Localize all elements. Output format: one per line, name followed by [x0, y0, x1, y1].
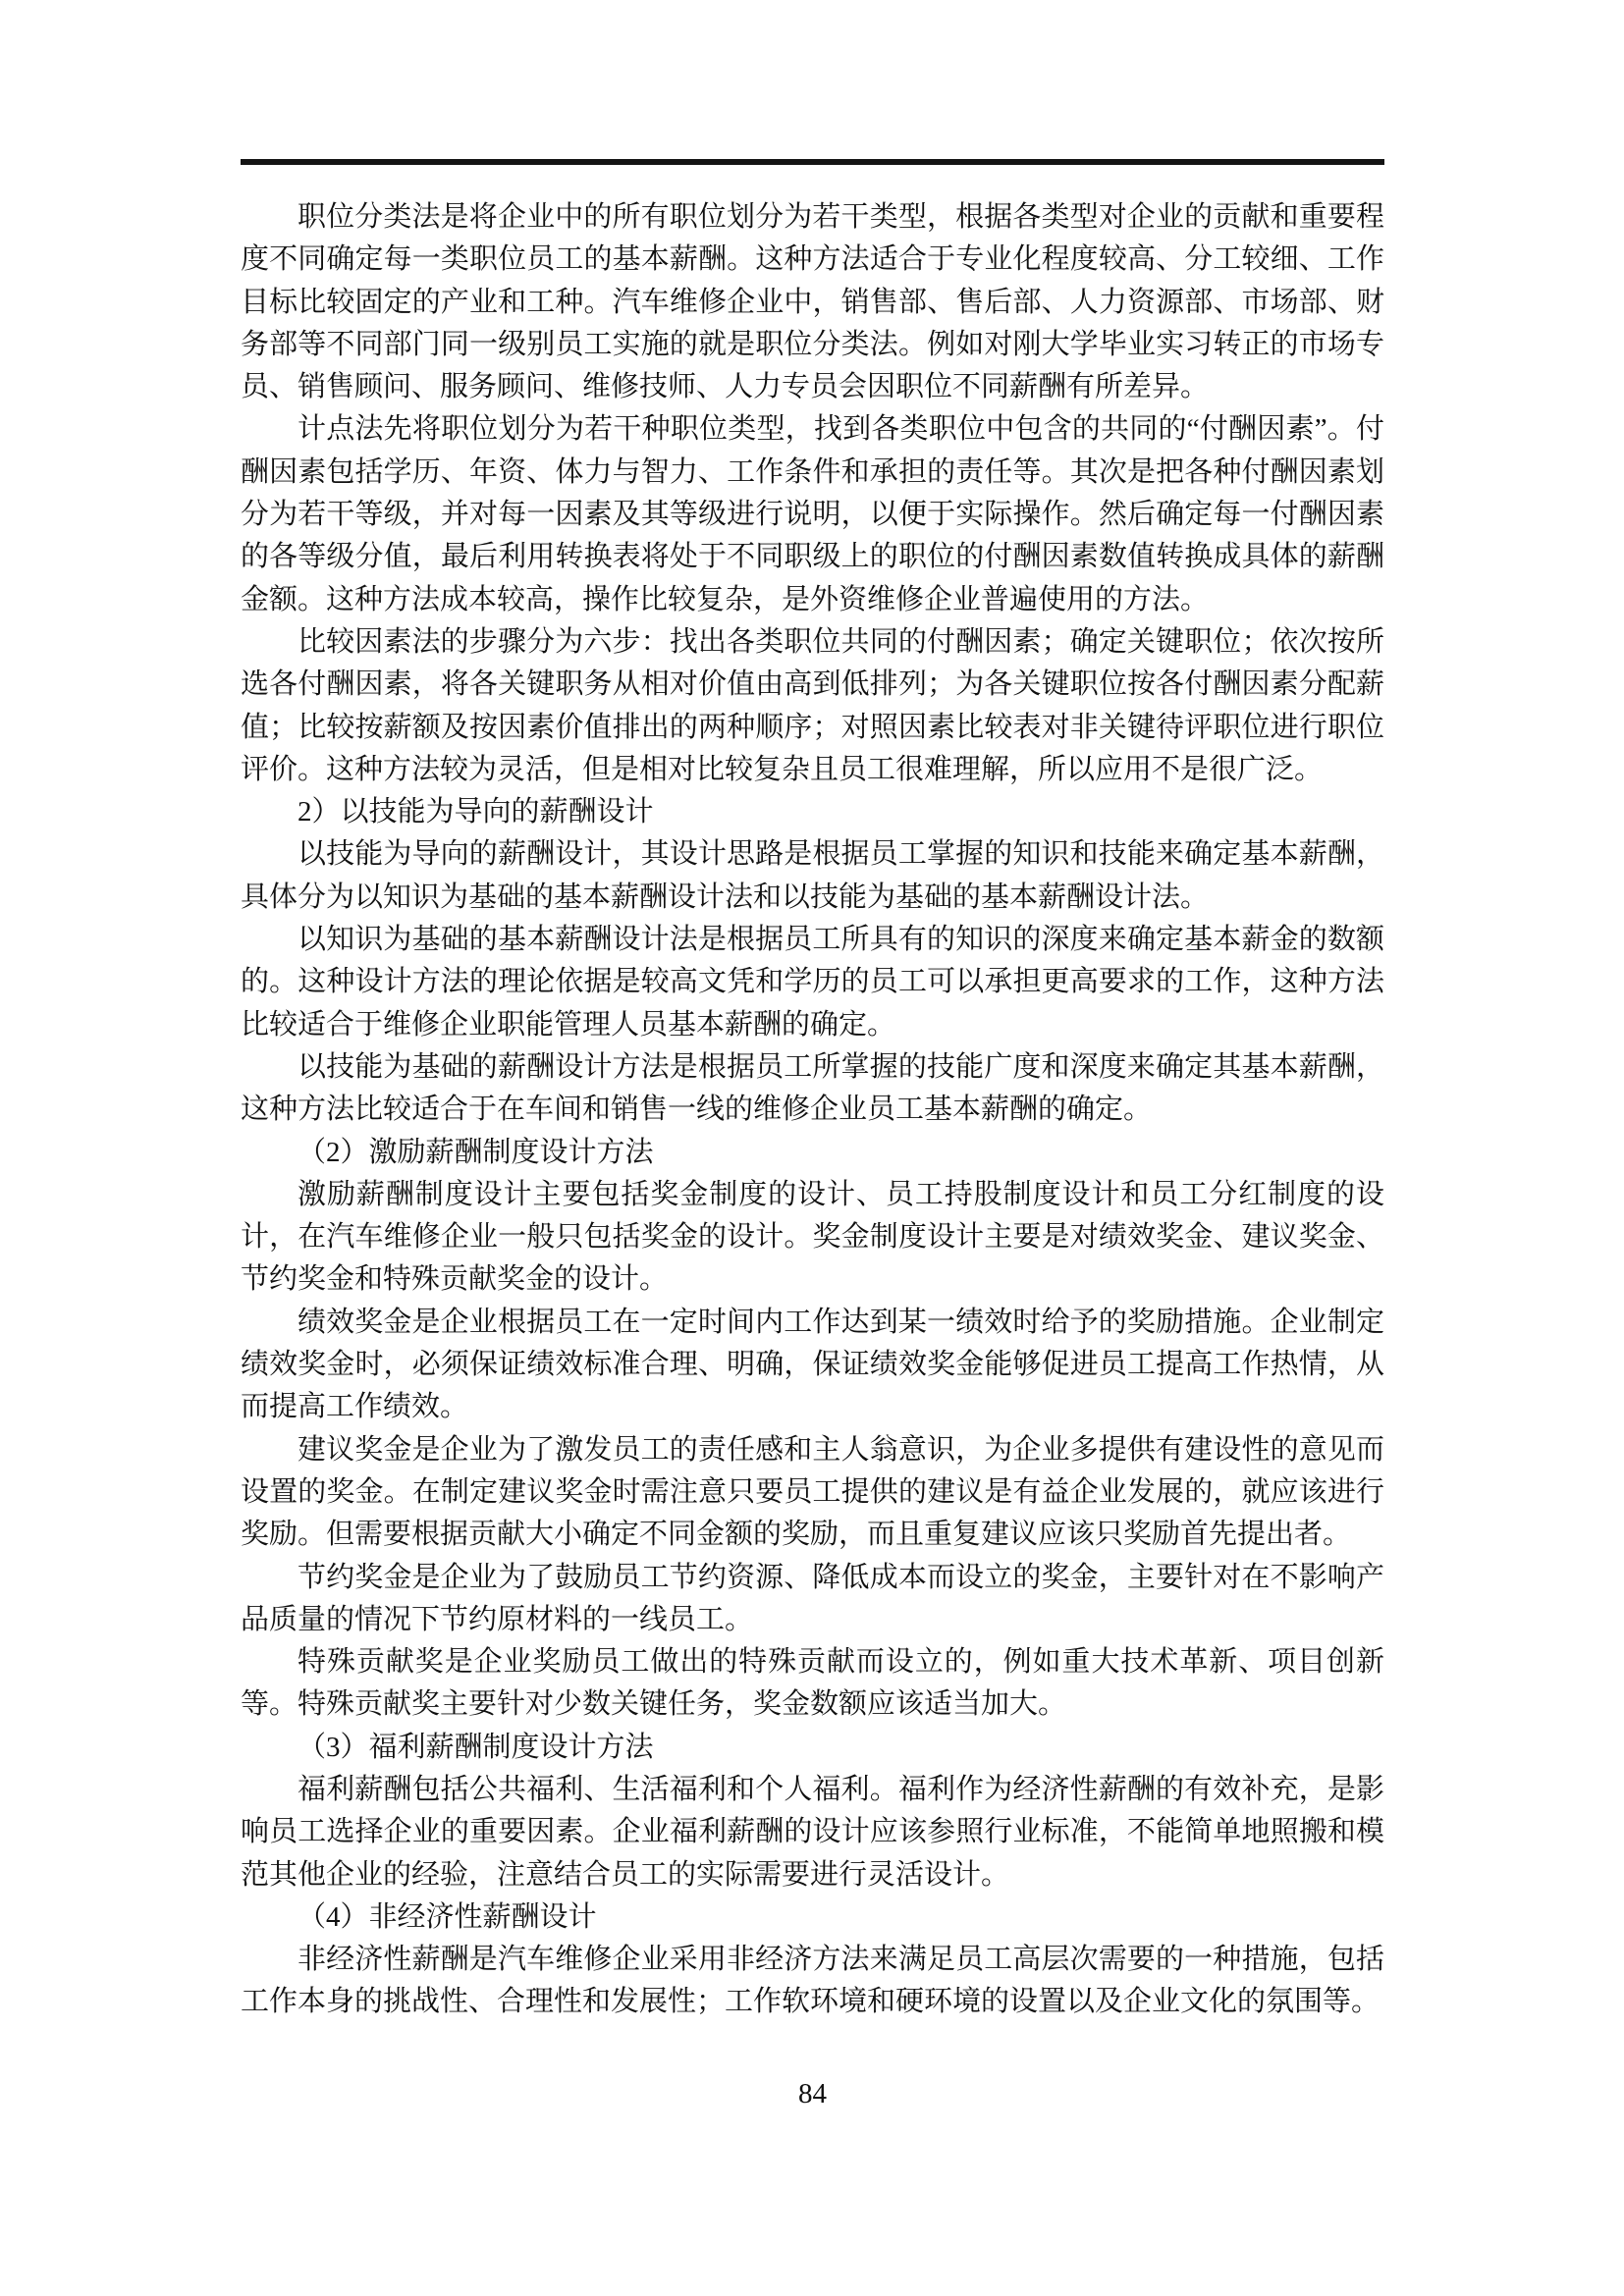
paragraph: 激励薪酬制度设计主要包括奖金制度的设计、员工持股制度设计和员工分红制度的设计，在… [241, 1174, 1384, 1302]
paragraph: 计点法先将职位划分为若干种职位类型，找到各类职位中包含的共同的“付酬因素”。付酬… [241, 408, 1384, 620]
page-number: 84 [241, 2077, 1384, 2110]
paragraph: 以技能为导向的薪酬设计，其设计思路是根据员工掌握的知识和技能来确定基本薪酬，具体… [241, 833, 1384, 919]
section-subheading: （4）非经济性薪酬设计 [241, 1896, 1384, 1939]
paragraph: 福利薪酬包括公共福利、生活福利和个人福利。福利作为经济性薪酬的有效补充，是影响员… [241, 1769, 1384, 1896]
paragraph: 建议奖金是企业为了激发员工的责任感和主人翁意识，为企业多提供有建设性的意见而设置… [241, 1429, 1384, 1557]
paragraph: 节约奖金是企业为了鼓励员工节约资源、降低成本而设立的奖金，主要针对在不影响产品质… [241, 1557, 1384, 1642]
document-page: 职位分类法是将企业中的所有职位划分为若干类型，根据各类型对企业的贡献和重要程度不… [0, 0, 1624, 2296]
section-subheading: 2）以技能为导向的薪酬设计 [241, 791, 1384, 833]
header-rule [241, 159, 1384, 165]
section-subheading: （2）激励薪酬制度设计方法 [241, 1132, 1384, 1174]
paragraph: 以知识为基础的基本薪酬设计法是根据员工所具有的知识的深度来确定基本薪金的数额的。… [241, 919, 1384, 1046]
section-subheading: （3）福利薪酬制度设计方法 [241, 1727, 1384, 1769]
paragraph: 绩效奖金是企业根据员工在一定时间内工作达到某一绩效时给予的奖励措施。企业制定绩效… [241, 1302, 1384, 1429]
paragraph: 以技能为基础的薪酬设计方法是根据员工所掌握的技能广度和深度来确定其基本薪酬，这种… [241, 1046, 1384, 1132]
paragraph: 特殊贡献奖是企业奖励员工做出的特殊贡献而设立的，例如重大技术革新、项目创新等。特… [241, 1641, 1384, 1727]
paragraph: 非经济性薪酬是汽车维修企业采用非经济方法来满足员工高层次需要的一种措施，包括工作… [241, 1939, 1384, 2024]
paragraph: 职位分类法是将企业中的所有职位划分为若干类型，根据各类型对企业的贡献和重要程度不… [241, 196, 1384, 408]
paragraph: 比较因素法的步骤分为六步：找出各类职位共同的付酬因素；确定关键职位；依次按所选各… [241, 621, 1384, 791]
document-body: 职位分类法是将企业中的所有职位划分为若干类型，根据各类型对企业的贡献和重要程度不… [241, 196, 1384, 2024]
